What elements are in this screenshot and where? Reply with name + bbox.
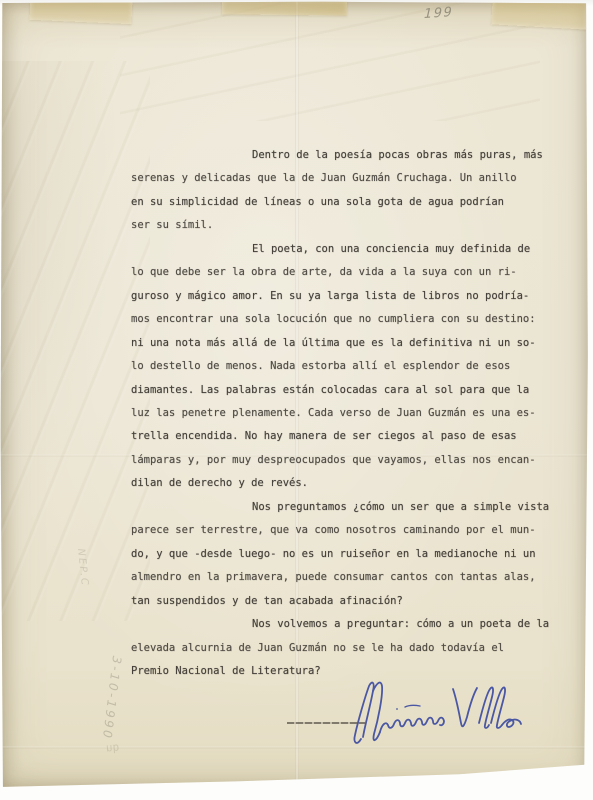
letter-line: lo que debe ser la obra de arte, da vida… (131, 261, 537, 284)
signature-ink-strokes (345, 677, 523, 751)
letter-body: Dentro de la poesía pocas obras más pura… (131, 144, 537, 683)
paper-sheet: 199 Dentro de la poesía pocas obras más … (0, 1, 589, 790)
letter-line: mos encontrar una sola locución que no c… (131, 308, 537, 331)
scanned-letter-page: 199 Dentro de la poesía pocas obras más … (0, 0, 593, 800)
paragraph: Nos volvemos a preguntar: cómo a un poet… (131, 613, 537, 683)
letter-line: Dentro de la poesía pocas obras más pura… (131, 144, 537, 167)
tape-strip-center (222, 0, 347, 16)
letter-line: guroso y mágico amor. En su ya larga lis… (131, 285, 537, 308)
letter-line: ser su símil. (131, 214, 537, 237)
letter-line: lo destello de menos. Nada estorba allí … (131, 355, 537, 378)
letter-line: tan suspendidos y de tan acabada afinaci… (131, 590, 537, 613)
tape-strip-left (30, 0, 133, 24)
letter-line: elevada alcurnia de Juan Guzmán no se le… (131, 637, 537, 660)
letter-line: diamantes. Las palabras están colocadas … (131, 379, 537, 402)
ink-bleedthrough: qu (105, 740, 119, 754)
letter-line: almendro en la primavera, puede consumar… (131, 566, 537, 589)
letter-line: trella encendida. No hay manera de ser c… (131, 425, 537, 448)
pencil-page-number: 199 (424, 5, 454, 22)
letter-line: ni una nota más allá de la última que es… (131, 332, 537, 355)
paragraph: Dentro de la poesía pocas obras más pura… (131, 144, 537, 238)
letter-line: Nos volvemos a preguntar: cómo a un poet… (131, 613, 537, 636)
signature-juvencio-valle (345, 677, 523, 751)
letter-line: luz las penetre plenamente. Cada verso d… (131, 402, 537, 425)
letter-line: Nos preguntamos ¿cómo un ser que a simpl… (131, 496, 537, 519)
paragraph: Nos preguntamos ¿cómo un ser que a simpl… (131, 496, 537, 613)
letter-line: lámparas y, por muy despreocupados que v… (131, 449, 537, 472)
pencil-margin-date: 3-10-1990 (100, 655, 124, 741)
paragraph: El poeta, con una conciencia muy definid… (131, 238, 537, 496)
pencil-margin-code: NEP.C (75, 548, 90, 588)
letter-line: do, y que -desde luego- no es un ruiseño… (131, 543, 537, 566)
tape-strip-right (491, 0, 588, 30)
paper-wrinkles-left (0, 61, 150, 621)
letter-line: dilan de derecho y de revés. (131, 472, 537, 495)
paper-wrinkles-top (120, 1, 540, 121)
letter-line: serenas y delicadas que la de Juan Guzmá… (131, 167, 537, 190)
letter-line: El poeta, con una conciencia muy definid… (131, 238, 537, 261)
letter-line: en su simplicidad de líneas o una sola g… (131, 191, 537, 214)
letter-line: parece ser terrestre, que va como nosotr… (131, 519, 537, 542)
